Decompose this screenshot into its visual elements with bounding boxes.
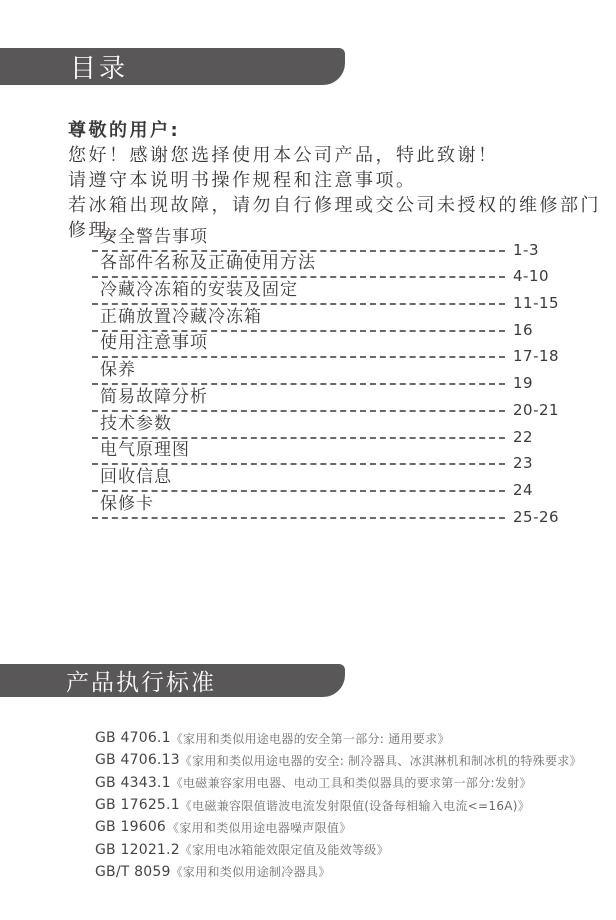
greeting-salutation: 尊敬的用户: [68, 118, 608, 143]
standards-header-bar: 产品执行标准 [0, 664, 345, 697]
standard-code: GB 19606 [95, 819, 167, 835]
greeting-line: 您好！感谢您选择使用本公司产品，特此致谢！ [68, 143, 608, 168]
table-of-contents: 安全警告事项 1-3 各部件名称及正确使用方法 4-10 冷藏冷冻箱的安装及固定… [92, 225, 562, 519]
toc-entry-pages: 25-26 [513, 508, 559, 526]
toc-entry: 回收信息 24 [92, 465, 562, 492]
standard-row: GB 12021.2 《家用电冰箱能效限定值及能效等级》 [95, 838, 595, 860]
toc-entry-title: 安全警告事项 [100, 222, 208, 247]
toc-header-bar: 目录 [0, 48, 345, 85]
standard-row: GB 19606 《家用和类似用途电器噪声限值》 [95, 816, 595, 838]
standard-row: GB 17625.1 《电磁兼容限值谐波电流发射限值(设备每相输入电流<=16A… [95, 794, 595, 816]
standard-code: GB/T 8059 [95, 864, 171, 880]
manual-page: { "toc_section": { "header": "目录", "gree… [0, 0, 616, 920]
toc-entry-title: 保养 [100, 355, 136, 380]
toc-entry-title: 各部件名称及正确使用方法 [100, 248, 316, 273]
standard-title: 《家用和类似用途电器的安全: 制冷器具、冰淇淋机和制冰机的特殊要求》 [180, 752, 582, 769]
toc-entry-title: 冷藏冷冻箱的安装及固定 [100, 275, 298, 300]
toc-entry-title: 技术参数 [100, 409, 172, 434]
standards-list: GB 4706.1 《家用和类似用途电器的安全第一部分: 通用要求》 GB 47… [95, 727, 595, 883]
toc-entry-title: 使用注意事项 [100, 328, 208, 353]
standard-title: 《家用和类似用途电器噪声限值》 [167, 819, 352, 836]
standard-code: GB 17625.1 [95, 797, 180, 813]
toc-entry-title: 回收信息 [100, 462, 172, 487]
standard-row: GB 4706.13 《家用和类似用途电器的安全: 制冷器具、冰淇淋机和制冰机的… [95, 749, 595, 771]
standard-code: GB 4706.13 [95, 752, 180, 768]
toc-entry: 保修卡 25-26 [92, 492, 562, 519]
toc-entry-title: 简易故障分析 [100, 382, 208, 407]
toc-entry-title: 保修卡 [100, 489, 154, 514]
standard-title: 《家用电冰箱能效限定值及能效等级》 [180, 841, 389, 858]
toc-entry: 使用注意事项 17-18 [92, 332, 562, 359]
standard-row: GB 4343.1 《电磁兼容家用电器、电动工具和类似器具的要求第一部分:发射》 [95, 772, 595, 794]
standard-title: 《家用和类似用途电器的安全第一部分: 通用要求》 [171, 730, 450, 747]
toc-entry-title: 电气原理图 [100, 435, 190, 460]
toc-header-title: 目录 [0, 48, 128, 85]
toc-dotted-leader [92, 517, 505, 519]
toc-entry-title: 正确放置冷藏冷冻箱 [100, 302, 262, 327]
standard-title: 《电磁兼容家用电器、电动工具和类似器具的要求第一部分:发射》 [171, 774, 532, 791]
greeting-line: 请遵守本说明书操作规程和注意事项。 [68, 168, 608, 193]
standard-title: 《家用和类似用途制冷器具》 [171, 863, 331, 880]
standards-header-title: 产品执行标准 [0, 664, 216, 697]
standard-code: GB 12021.2 [95, 842, 180, 858]
standard-row: GB/T 8059 《家用和类似用途制冷器具》 [95, 861, 595, 883]
standard-row: GB 4706.1 《家用和类似用途电器的安全第一部分: 通用要求》 [95, 727, 595, 749]
standard-title: 《电磁兼容限值谐波电流发射限值(设备每相输入电流<=16A)》 [180, 797, 530, 814]
standard-code: GB 4706.1 [95, 730, 171, 746]
standard-code: GB 4343.1 [95, 775, 171, 791]
